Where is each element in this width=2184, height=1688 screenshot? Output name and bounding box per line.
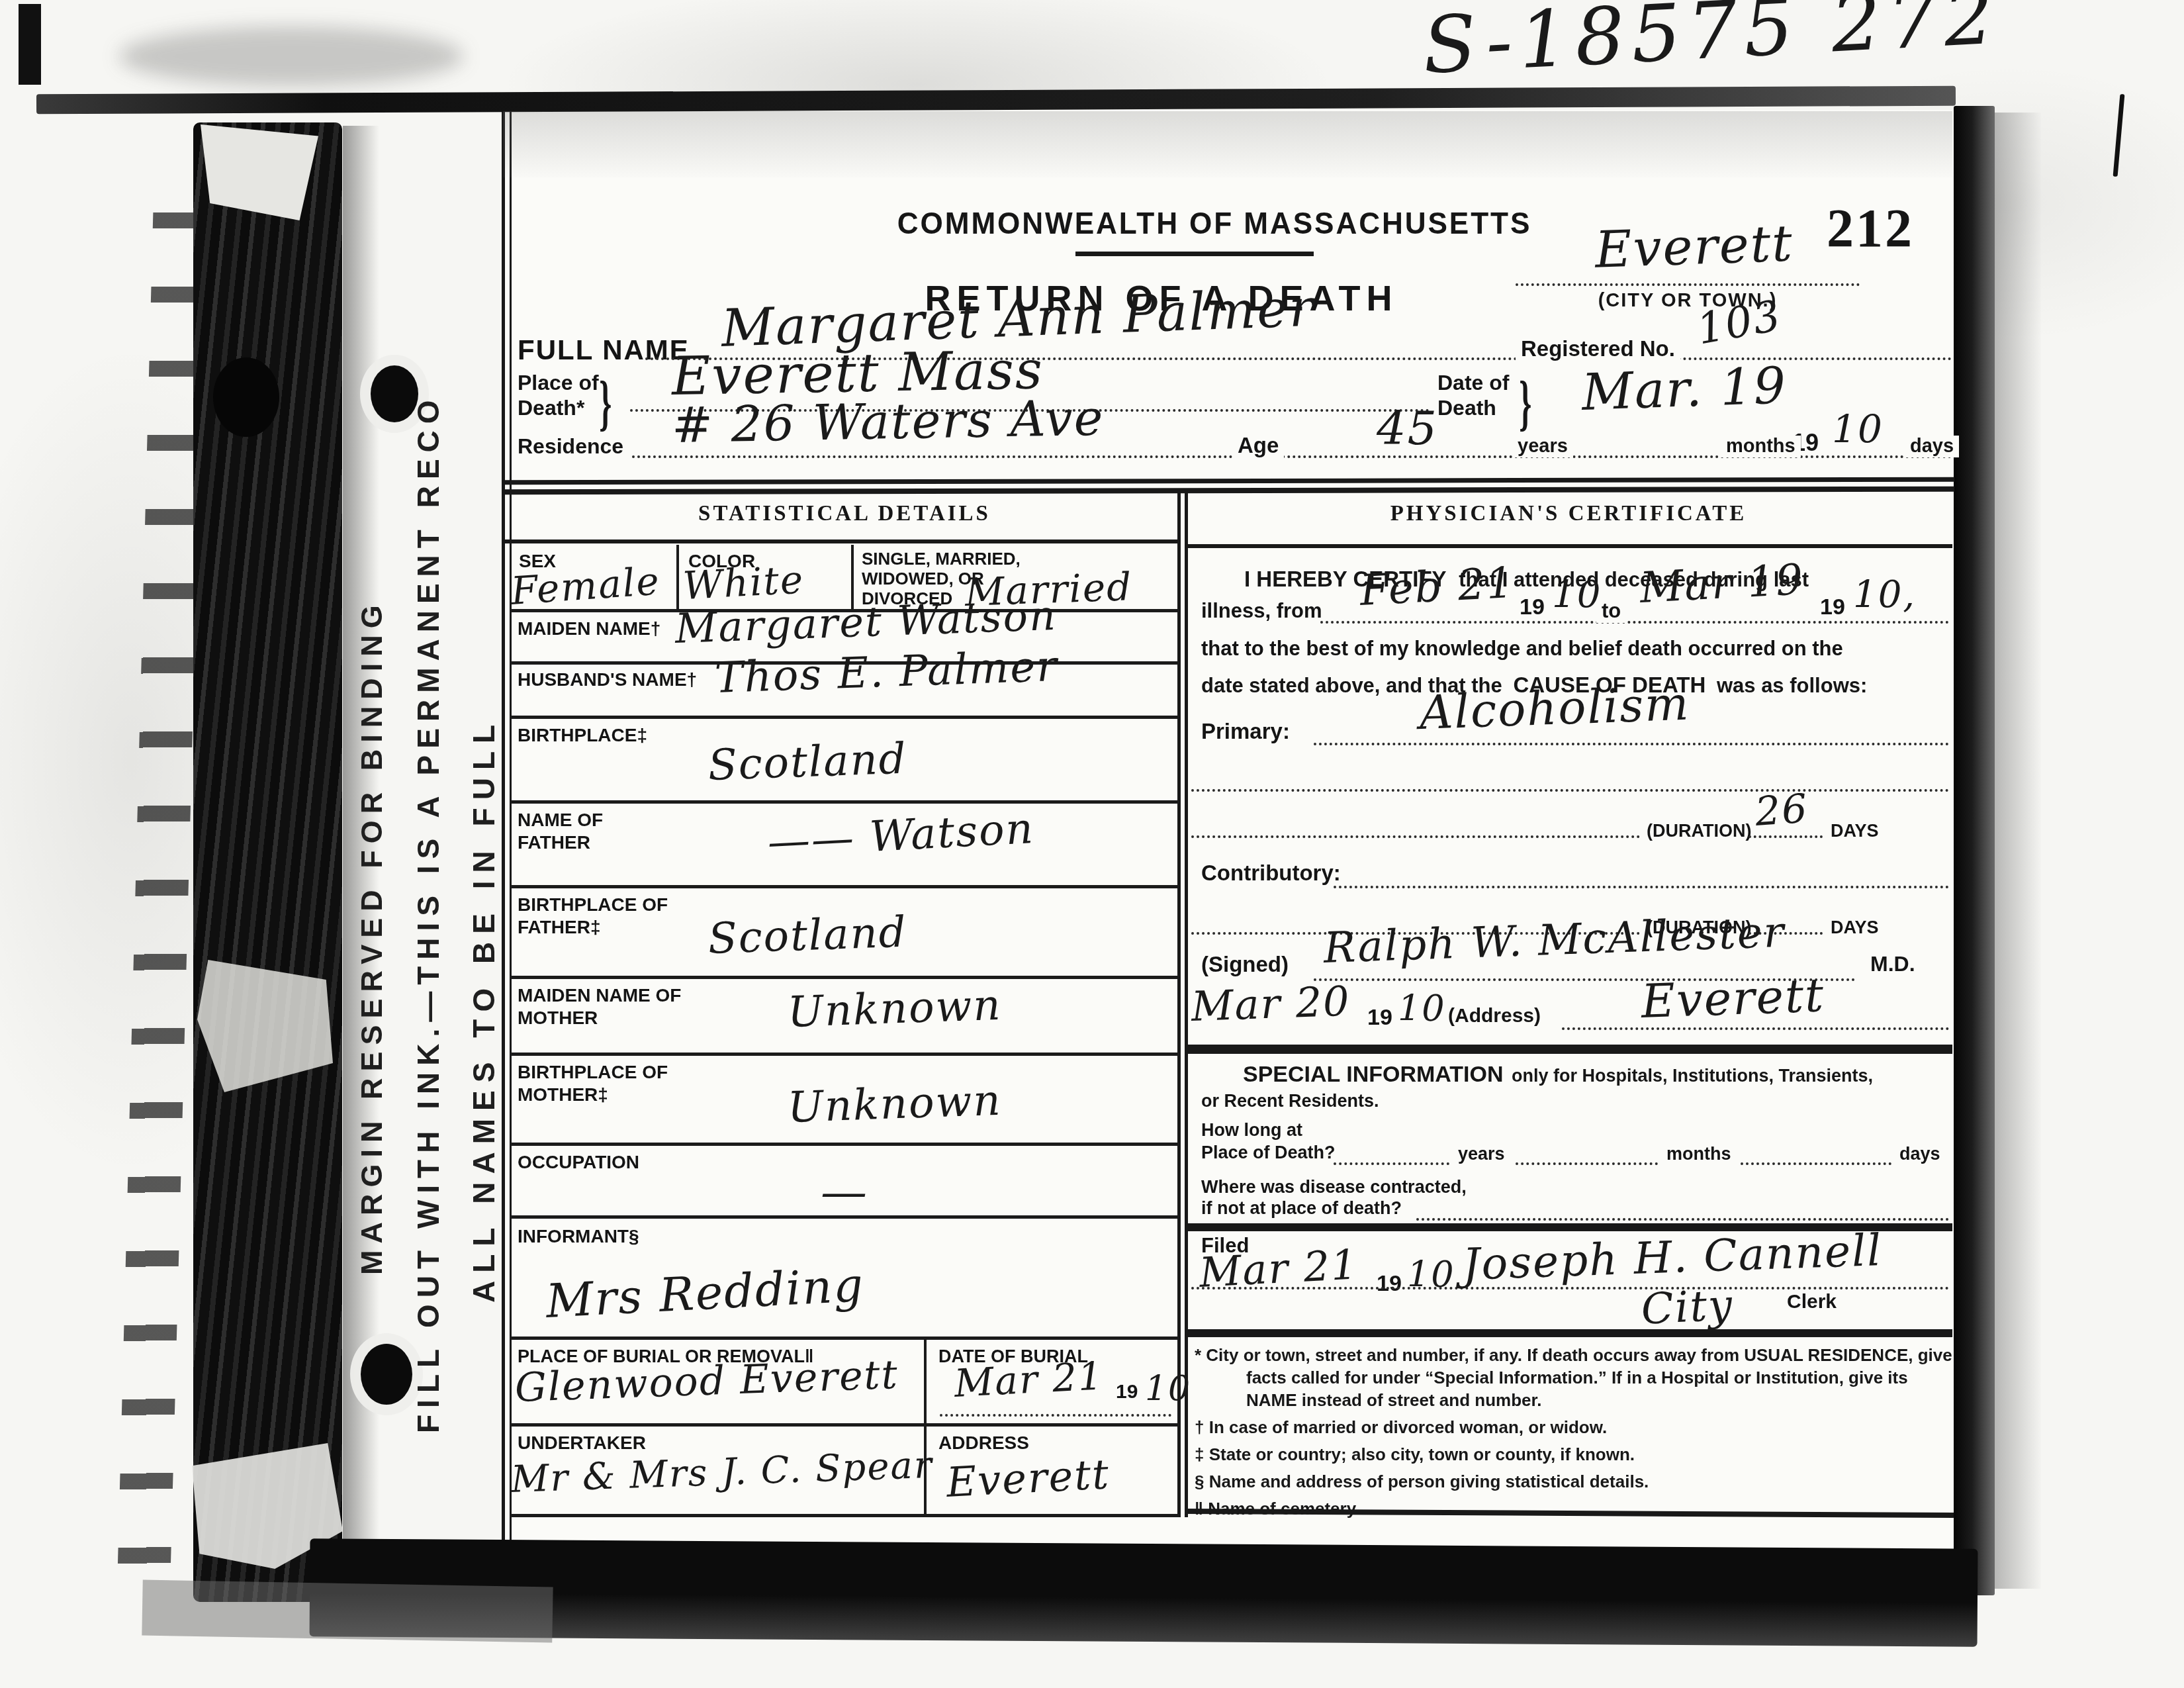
special-info-rest: only for Hospitals, Institutions, Transi… xyxy=(1512,1066,1873,1086)
margin-note-names: ALL NAMES TO BE IN FULL xyxy=(466,583,502,1436)
physicians-certificate-header: PHYSICIAN'S CERTIFICATE xyxy=(1188,502,1949,526)
date-of-death-value: Mar. 19 xyxy=(1580,355,1788,422)
date-year-written: 10 xyxy=(1832,406,1884,451)
undertaker-label: UNDERTAKER xyxy=(518,1432,646,1454)
burial-year-printed: 19 xyxy=(1111,1381,1143,1403)
burial-date-line xyxy=(940,1414,1171,1417)
informant-row: INFORMANT§ Mrs Redding xyxy=(510,1219,1179,1340)
age-days-label: days xyxy=(1905,436,1959,457)
city-value: Everett xyxy=(1534,211,1854,281)
duration2-days-label: DAYS xyxy=(1825,917,1884,938)
primary-cause-value: Alcoholism xyxy=(1419,677,1691,740)
maiden-name-label: MAIDEN NAME† xyxy=(518,618,660,640)
howlong-label-1: How long at xyxy=(1201,1120,1302,1141)
margin-note-binding: MARGIN RESERVED FOR BINDING xyxy=(355,477,389,1397)
primary-line xyxy=(1314,743,1949,745)
footnote-married: † In case of married or divorced woman, … xyxy=(1195,1416,1952,1438)
statistical-column: SEX Female COLOR White SINGLE, MARRIED, … xyxy=(510,545,1179,1517)
howlong-line-3 xyxy=(1741,1162,1891,1165)
howlong-label-2: Place of Death? xyxy=(1201,1143,1336,1163)
sheet-right-fade xyxy=(1995,113,2041,1589)
special-info-line2: or Recent Residents. xyxy=(1201,1091,1379,1111)
mother-birthplace-value: Unknown xyxy=(787,1076,1003,1133)
place-of-death-label-1: Place of xyxy=(518,371,599,395)
undertaker-address-label: ADDRESS xyxy=(938,1432,1029,1454)
physician-address-label: (Address) xyxy=(1443,1005,1546,1027)
illness-to-label: to xyxy=(1596,599,1626,623)
mother-birthplace-label: BIRTHPLACE OF MOTHER‡ xyxy=(518,1061,703,1106)
father-name-row: NAME OF FATHER —— Watson xyxy=(510,804,1179,888)
mother-maiden-value: Unknown xyxy=(787,981,1003,1037)
certify-line-3: that to the best of my knowledge and bel… xyxy=(1201,637,1843,661)
howlong-line-1 xyxy=(1334,1162,1449,1165)
mother-birthplace-row: BIRTHPLACE OF MOTHER‡ Unknown xyxy=(510,1056,1179,1146)
father-birthplace-value: Scotland xyxy=(707,908,908,964)
from-year-written: 10 xyxy=(1552,573,1602,616)
contributory-label: Contributory: xyxy=(1201,861,1341,886)
howlong-line-2 xyxy=(1516,1162,1658,1165)
scanned-death-certificate-page: S-18575 272 MARGIN RESERVED FOR BINDING … xyxy=(0,0,2184,1688)
city-or-town-label: (CITY OR TOWN.) xyxy=(1516,290,1860,312)
date-of-death-label-1: Date of xyxy=(1437,371,1509,395)
to-year-written: 10, xyxy=(1853,573,1916,616)
occupation-row: OCCUPATION — xyxy=(510,1146,1179,1219)
sheet-right-band xyxy=(1954,106,1995,1595)
age-months-label: months xyxy=(1721,436,1801,457)
burial-row: PLACE OF BURIAL OR REMOVAL‖ Glenwood Eve… xyxy=(510,1340,1179,1427)
age-value: 45 xyxy=(1377,401,1438,455)
occupation-value: — xyxy=(821,1164,868,1219)
footnote-residence: * City or town, street and number, if an… xyxy=(1195,1344,1952,1411)
howlong-years: years xyxy=(1453,1144,1510,1164)
registered-no-label: Registered No. xyxy=(1516,336,1680,361)
husband-name-row: HUSBAND'S NAME† Thos E. Palmer xyxy=(510,665,1179,719)
father-name-label: NAME OF FATHER xyxy=(518,809,650,854)
statistical-header-rule xyxy=(505,539,1179,543)
statistical-details-header: STATISTICAL DETAILS xyxy=(510,502,1179,526)
sheet-bottom-shadow xyxy=(310,1538,1978,1646)
sex-color-divider xyxy=(676,545,679,609)
birthplace-label: BIRTHPLACE‡ xyxy=(518,724,647,747)
husband-name-label: HUSBAND'S NAME† xyxy=(518,669,697,691)
illness-from-value: Feb 21 xyxy=(1359,559,1516,616)
special-info-title: SPECIAL INFORMATION only for Hospitals, … xyxy=(1243,1062,1873,1088)
sheet-top-shading xyxy=(503,111,1952,177)
binding-hole-blob xyxy=(213,357,279,437)
birthplace-value: Scotland xyxy=(707,735,908,790)
corner-mark xyxy=(19,4,41,85)
illness-to-value: Mar 19 xyxy=(1639,555,1805,613)
physician-address-value: Everett xyxy=(1641,968,1826,1029)
commonwealth-heading: COMMONWEALTH OF MASSACHUSETTS xyxy=(852,205,1576,241)
margin-note-ink: FILL OUT WITH INK.—THIS IS A PERMANENT R… xyxy=(410,331,446,1496)
duration1-days-label: DAYS xyxy=(1825,821,1884,841)
undertaker-row: UNDERTAKER Mr & Mrs J. C. Spear ADDRESS … xyxy=(510,1427,1179,1517)
informant-label: INFORMANT§ xyxy=(518,1225,639,1248)
footnote-state: ‡ State or country; also city, town or c… xyxy=(1195,1443,1952,1466)
duration1-value: 26 xyxy=(1754,785,1810,835)
burial-cell-divider xyxy=(924,1340,927,1423)
birthplace-row: BIRTHPLACE‡ Scotland xyxy=(510,719,1179,804)
duration1-fill-line xyxy=(1749,835,1823,838)
where-label-1: Where was disease contracted, xyxy=(1201,1177,1467,1197)
filed-line xyxy=(1191,1287,1949,1289)
signed-year-printed: 19 xyxy=(1362,1005,1398,1031)
footnotes: * City or town, street and number, if an… xyxy=(1195,1344,1952,1524)
date-brace: } xyxy=(1519,368,1531,439)
where-line xyxy=(1416,1218,1949,1221)
primary-label: Primary: xyxy=(1201,719,1290,744)
contributory-line xyxy=(1334,886,1949,888)
father-birthplace-row: BIRTHPLACE OF FATHER‡ Scotland xyxy=(510,888,1179,979)
mother-maiden-label: MAIDEN NAME OF MOTHER xyxy=(518,984,690,1029)
heading-rule xyxy=(1075,252,1314,256)
signed-label: (Signed) xyxy=(1201,952,1289,977)
sex-value: Female xyxy=(510,558,662,614)
special-info-top-rule xyxy=(1185,1045,1952,1054)
duration1-lead-line xyxy=(1191,835,1640,838)
illness-line xyxy=(1320,621,1949,624)
signed-year-written: 10 xyxy=(1398,988,1446,1029)
file-number-annotation: S-18575 272 xyxy=(1420,0,2002,91)
special-info-bold: SPECIAL INFORMATION xyxy=(1243,1062,1504,1087)
filed-year-printed: 19 xyxy=(1371,1271,1407,1297)
place-brace: } xyxy=(599,368,612,439)
md-label: M.D. xyxy=(1865,952,1921,976)
undertaker-address-value: Everett xyxy=(945,1450,1111,1507)
howlong-days: days xyxy=(1894,1144,1946,1164)
residence-value: # 26 Waters Ave xyxy=(671,390,1105,454)
full-name-label: FULL NAME xyxy=(518,334,690,366)
certify-line-4b: was as follows: xyxy=(1717,674,1867,697)
informant-value: Mrs Redding xyxy=(545,1258,866,1329)
footnotes-top-rule xyxy=(1185,1329,1952,1337)
clerk-city-value: City xyxy=(1640,1281,1735,1335)
howlong-months: months xyxy=(1661,1144,1737,1164)
occupation-label: OCCUPATION xyxy=(518,1151,639,1174)
pen-stroke xyxy=(2113,94,2125,177)
physician-header-rule xyxy=(1185,544,1952,548)
physician-address-line xyxy=(1562,1027,1949,1030)
burial-date-value: Mar 21 xyxy=(953,1353,1105,1406)
illness-from-label: illness, from xyxy=(1201,599,1322,623)
burial-year-written: 10 xyxy=(1145,1369,1191,1409)
date-of-death-label-2: Death xyxy=(1437,396,1496,420)
father-name-value: —— Watson xyxy=(766,804,1035,867)
binding-strip xyxy=(193,122,342,1602)
place-of-death-label-2: Death* xyxy=(518,396,584,420)
where-label-2: if not at place of death? xyxy=(1201,1198,1402,1219)
father-birthplace-label: BIRTHPLACE OF FATHER‡ xyxy=(518,894,703,939)
residence-label: Residence xyxy=(518,434,623,459)
duration1-label: (DURATION) xyxy=(1641,821,1756,841)
footnote-statistical: § Name and address of person giving stat… xyxy=(1195,1470,1952,1493)
from-year-printed: 19 xyxy=(1514,594,1550,620)
top-smudge xyxy=(119,26,463,86)
to-year-printed: 19 xyxy=(1815,594,1850,620)
mother-maiden-row: MAIDEN NAME OF MOTHER Unknown xyxy=(510,979,1179,1056)
clerk-label: Clerk xyxy=(1787,1291,1837,1313)
signed-date-value: Mar 20 xyxy=(1191,977,1351,1031)
age-years-label: years xyxy=(1512,436,1573,457)
sheet-bottom-shadow-left xyxy=(142,1580,553,1643)
city-line xyxy=(1516,283,1860,286)
primary-continuation-line xyxy=(1191,789,1949,792)
age-label: Age xyxy=(1232,433,1284,458)
